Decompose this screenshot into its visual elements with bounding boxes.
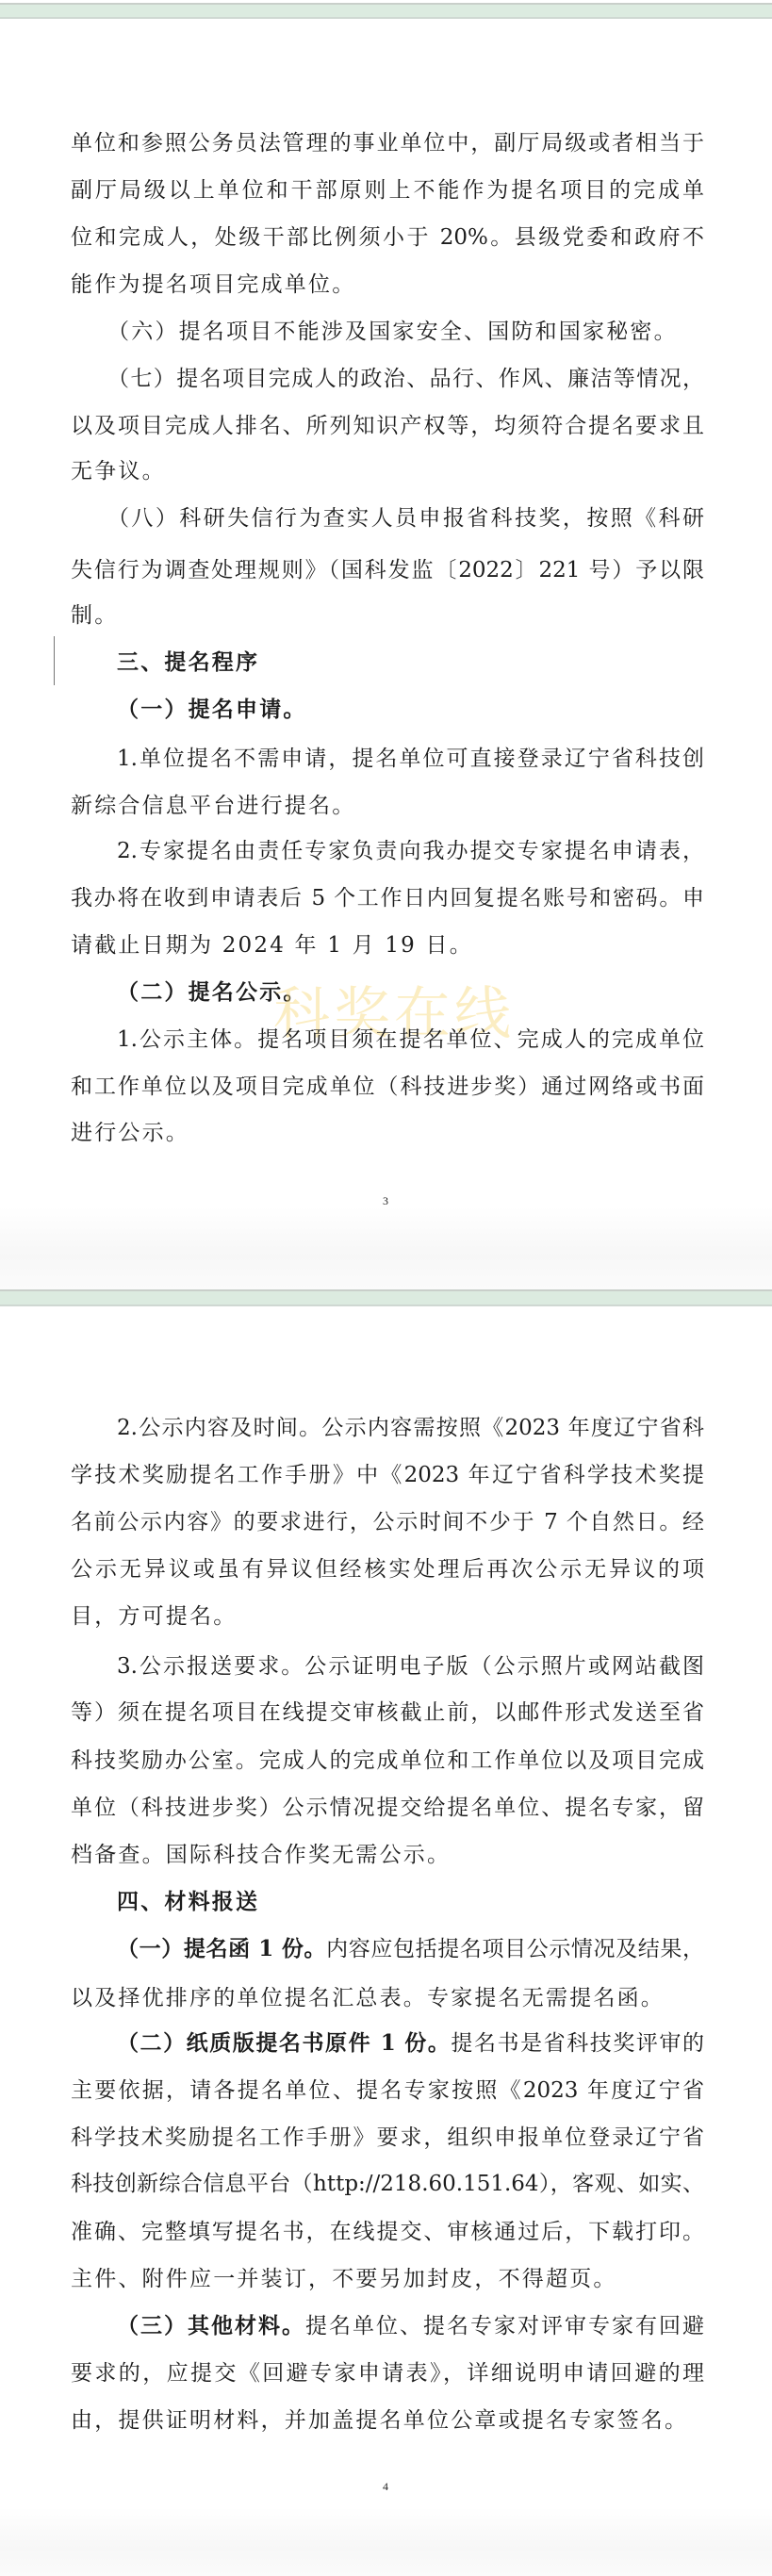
paragraph-line: 单位（科技进步奖）公示情况提交给提名单位、提名专家，留 bbox=[71, 1784, 704, 1831]
paragraph-line: 以及项目完成人排名、所列知识产权等，均须符合提名要求且 bbox=[71, 402, 704, 450]
page-number: 4 bbox=[371, 2479, 400, 2494]
page-separator-top bbox=[0, 3, 772, 19]
item-text: 提名书是省科技奖评审的 bbox=[451, 2031, 704, 2056]
paragraph-line: 2.专家提名由责任专家负责向我办提交专家提名申请表， bbox=[117, 828, 704, 875]
paragraph-line: 新综合信息平台进行提名。 bbox=[71, 782, 704, 829]
paragraph-line: 科技创新综合信息平台（http://218.60.151.64），客观、如实、 bbox=[71, 2160, 704, 2207]
paragraph-line: 由，提供证明材料，并加盖提名单位公章或提名专家签名。 bbox=[71, 2397, 704, 2444]
item-title: （一）提名函 1 份。 bbox=[117, 1936, 326, 1961]
page-number: 3 bbox=[371, 1193, 400, 1208]
item-title: （三）其他材料。 bbox=[117, 2313, 305, 2338]
paragraph-line: 科学技术奖励提名工作手册》要求，组织申报单位登录辽宁省 bbox=[71, 2114, 704, 2161]
paragraph-line: 公示无异议或虽有异议但经核实处理后再次公示无异议的项 bbox=[71, 1546, 704, 1593]
paragraph-line: 单位和参照公务员法管理的事业单位中，副厅局级或者相当于 bbox=[71, 120, 704, 167]
paragraph-line: 位和完成人，处级干部比例须小于 20%。县级党委和政府不 bbox=[71, 214, 704, 261]
paragraph-item-8: （八）科研失信行为查实人员申报省科技奖，按照《科研 bbox=[107, 495, 704, 542]
page-separator bbox=[0, 1289, 772, 1306]
paragraph-line: 等）须在提名项目在线提交审核截止前，以邮件形式发送至省 bbox=[71, 1689, 704, 1736]
item-title: （二）纸质版提名书原件 1 份。 bbox=[117, 2030, 451, 2056]
paragraph-item-6: （六）提名项目不能涉及国家安全、国防和国家秘密。 bbox=[107, 308, 695, 355]
paragraph-line: 科技奖励办公室。完成人的完成单位和工作单位以及项目完成 bbox=[71, 1737, 704, 1784]
section-heading-4: 四、材料报送 bbox=[117, 1879, 704, 1926]
paragraph-line: 目，方可提名。 bbox=[71, 1593, 704, 1640]
margin-mark bbox=[54, 636, 55, 685]
paragraph-item-3: （三）其他材料。提名单位、提名专家对评审专家有回避 bbox=[117, 2303, 704, 2350]
paragraph-line: 3.公示报送要求。公示证明电子版（公示照片或网站截图 bbox=[117, 1643, 704, 1690]
paragraph-line: 无争议。 bbox=[71, 448, 704, 495]
paragraph-line: 制。 bbox=[71, 592, 704, 639]
paragraph-line: 1.单位提名不需申请，提名单位可直接登录辽宁省科技创 bbox=[117, 735, 704, 782]
paragraph-line: 能作为提名项目完成单位。 bbox=[71, 261, 704, 308]
paragraph-line: 以及择优排序的单位提名汇总表。专家提名无需提名函。 bbox=[71, 1975, 704, 2022]
paragraph-item-2: （二）纸质版提名书原件 1 份。提名书是省科技奖评审的 bbox=[117, 2020, 704, 2067]
paragraph-line: 要求的，应提交《回避专家申请表》，详细说明申请回避的理 bbox=[71, 2350, 704, 2397]
page-bottom-shade bbox=[0, 1206, 772, 1289]
paragraph-line: 失信行为调查处理规则》（国科发监〔2022〕221 号）予以限 bbox=[71, 547, 704, 594]
subsection-heading: （二）提名公示。 bbox=[117, 969, 704, 1016]
page-bottom-shade bbox=[0, 2507, 772, 2576]
section-heading-3: 三、提名程序 bbox=[117, 639, 704, 686]
paragraph-line: 副厅局级以上单位和干部原则上不能作为提名项目的完成单 bbox=[71, 167, 704, 214]
paragraph-line: 名前公示内容》的要求进行，公示时间不少于 7 个自然日。经 bbox=[71, 1499, 704, 1546]
paragraph-line: 主件、附件应一并装订，不要另加封皮，不得超页。 bbox=[71, 2256, 704, 2303]
paragraph-line: 学技术奖励提名工作手册》中《2023 年辽宁省科学技术奖提 bbox=[71, 1452, 704, 1499]
paragraph-line: 2.公示内容及时间。公示内容需按照《2023 年度辽宁省科 bbox=[117, 1404, 704, 1452]
paragraph-line: 档备查。国际科技合作奖无需公示。 bbox=[71, 1831, 704, 1879]
paragraph-line: 主要依据，请各提名单位、提名专家按照《2023 年度辽宁省 bbox=[71, 2067, 704, 2114]
subsection-heading: （一）提名申请。 bbox=[117, 686, 704, 733]
item-text: 内容应包括提名项目公示情况及结果， bbox=[326, 1937, 704, 1961]
paragraph-line: 进行公示。 bbox=[71, 1109, 704, 1157]
paragraph-line: 请截止日期为 2024 年 1 月 19 日。 bbox=[71, 922, 704, 969]
paragraph-line: 准确、完整填写提名书，在线提交、审核通过后，下载打印。 bbox=[71, 2208, 704, 2256]
paragraph-line: 我办将在收到申请表后 5 个工作日内回复提名账号和密码。申 bbox=[71, 875, 704, 922]
item-text: 提名单位、提名专家对评审专家有回避 bbox=[305, 2314, 704, 2338]
paragraph-line: 和工作单位以及项目完成单位（科技进步奖）通过网络或书面 bbox=[71, 1063, 704, 1110]
paragraph-line: 1.公示主体。提名项目须在提名单位、完成人的完成单位 bbox=[117, 1016, 704, 1063]
paragraph-item-1: （一）提名函 1 份。内容应包括提名项目公示情况及结果， bbox=[117, 1926, 704, 1973]
paragraph-item-7: （七）提名项目完成人的政治、品行、作风、廉洁等情况， bbox=[107, 355, 704, 402]
